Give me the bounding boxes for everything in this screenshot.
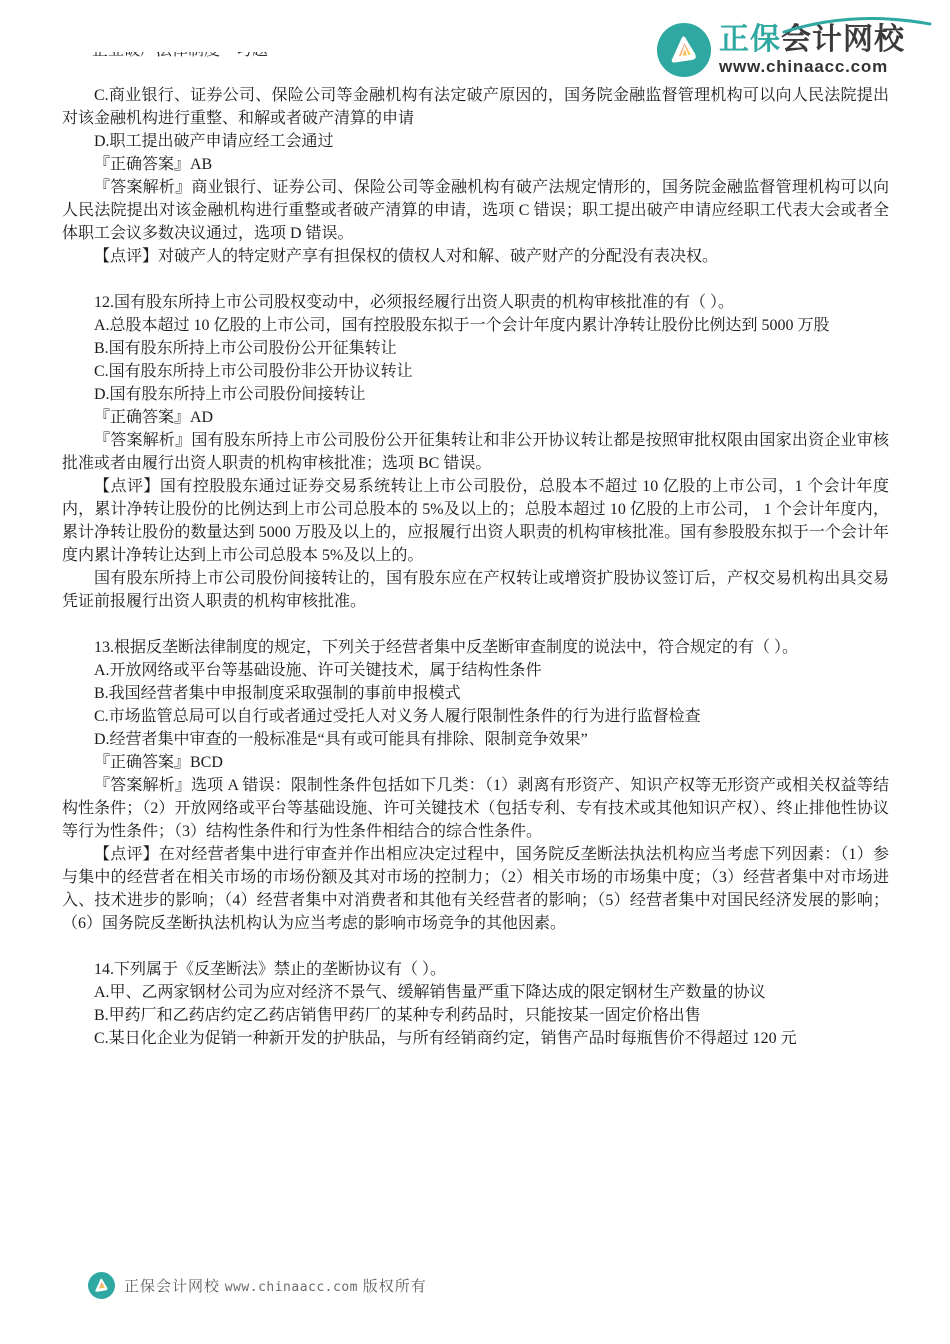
q13-option-d: D.经营者集中审查的一般标准是“具有或可能具有排除、限制竞争效果”: [62, 728, 889, 751]
q12-answer: 『正确答案』AD: [62, 406, 889, 429]
footer-brand: 正保会计网校: [124, 1279, 220, 1295]
footer-rights: 版权所有: [363, 1279, 427, 1295]
q11-answer: 『正确答案』AB: [62, 153, 889, 176]
q11-option-c: C.商业银行、证券公司、保险公司等金融机构有法定破产原因的，国务院金融监督管理机…: [62, 84, 889, 130]
q11-comment: 【点评】对破产人的特定财产享有担保权的债权人对和解、破产财产的分配没有表决权。: [62, 245, 889, 268]
footer-text: 正保会计网校 www.chinaacc.com 版权所有: [124, 1275, 427, 1296]
brand-text: 正保会计网校 www.chinaacc.com: [719, 22, 905, 77]
brand-name-primary: 正保: [719, 23, 781, 56]
footer: 正保会计网校 www.chinaacc.com 版权所有: [88, 1272, 427, 1299]
q12-comment: 【点评】国有控股股东通过证券交易系统转让上市公司股份，总股本不超过 10 亿股的…: [62, 475, 889, 567]
document-page: 企业破产法律制度 习题 正保会计网校 www.chinaacc: [0, 0, 950, 1344]
q12-option-d: D.国有股东所持上市公司股份间接转让: [62, 383, 889, 406]
document-body: C.商业银行、证券公司、保险公司等金融机构有法定破产原因的，国务院金融监督管理机…: [62, 84, 889, 1050]
q13-option-c: C.市场监管总局可以自行或者通过受托人对义务人履行限制性条件的行为进行监督检查: [62, 705, 889, 728]
brand-logo: 正保会计网校 www.chinaacc.com: [657, 22, 905, 77]
q12-stem: 12.国有股东所持上市公司股权变动中，必须报经履行出资人职责的机构审核批准的有（…: [62, 291, 889, 314]
q12-option-a: A.总股本超过 10 亿股的上市公司，国有控股股东拟于一个会计年度内累计净转让股…: [62, 314, 889, 337]
q13-analysis: 『答案解析』选项 A 错误：限制性条件包括如下几类：（1）剥离有形资产、知识产权…: [62, 774, 889, 843]
q14-option-a: A.甲、乙两家钢材公司为应对经济不景气、缓解销售量严重下降达成的限定钢材生产数量…: [62, 981, 889, 1004]
q14-stem: 14.下列属于《反垄断法》禁止的垄断协议有（ ）。: [62, 958, 889, 981]
q14-option-b: B.甲药厂和乙药店约定乙药店销售甲药厂的某种专利药品时，只能按某一固定价格出售: [62, 1004, 889, 1027]
footer-logo-icon: [88, 1272, 115, 1299]
q12-option-c: C.国有股东所持上市公司股份非公开协议转让: [62, 360, 889, 383]
footer-url: www.chinaacc.com: [225, 1280, 358, 1295]
brand-website: www.chinaacc.com: [719, 57, 905, 77]
q12-analysis: 『答案解析』国有股东所持上市公司股份公开征集转让和非公开协议转让都是按照审批权限…: [62, 429, 889, 475]
q12-comment-continued: 国有股东所持上市公司股份间接转让的，国有股东应在产权转让或增资扩股协议签订后，产…: [62, 567, 889, 613]
q13-option-b: B.我国经营者集中申报制度采取强制的事前申报模式: [62, 682, 889, 705]
q13-comment: 【点评】在对经营者集中进行审查并作出相应决定过程中，国务院反垄断法执法机构应当考…: [62, 843, 889, 935]
q13-stem: 13.根据反垄断法律制度的规定，下列关于经营者集中反垄断审查制度的说法中，符合规…: [62, 636, 889, 659]
q11-option-d: D.职工提出破产申请应经工会通过: [62, 130, 889, 153]
q11-analysis: 『答案解析』商业银行、证券公司、保险公司等金融机构有破产法规定情形的，国务院金融…: [62, 176, 889, 245]
q12-option-b: B.国有股东所持上市公司股份公开征集转让: [62, 337, 889, 360]
clipped-top-line: 企业破产法律制度 习题: [92, 52, 412, 61]
q13-option-a: A.开放网络或平台等基础设施、许可关键技术，属于结构性条件: [62, 659, 889, 682]
brand-logo-icon: [657, 23, 711, 77]
logo-swoosh-icon: [781, 13, 933, 35]
q13-answer: 『正确答案』BCD: [62, 751, 889, 774]
q14-option-c: C.某日化企业为促销一种新开发的护肤品，与所有经销商约定，销售产品时每瓶售价不得…: [62, 1027, 889, 1050]
